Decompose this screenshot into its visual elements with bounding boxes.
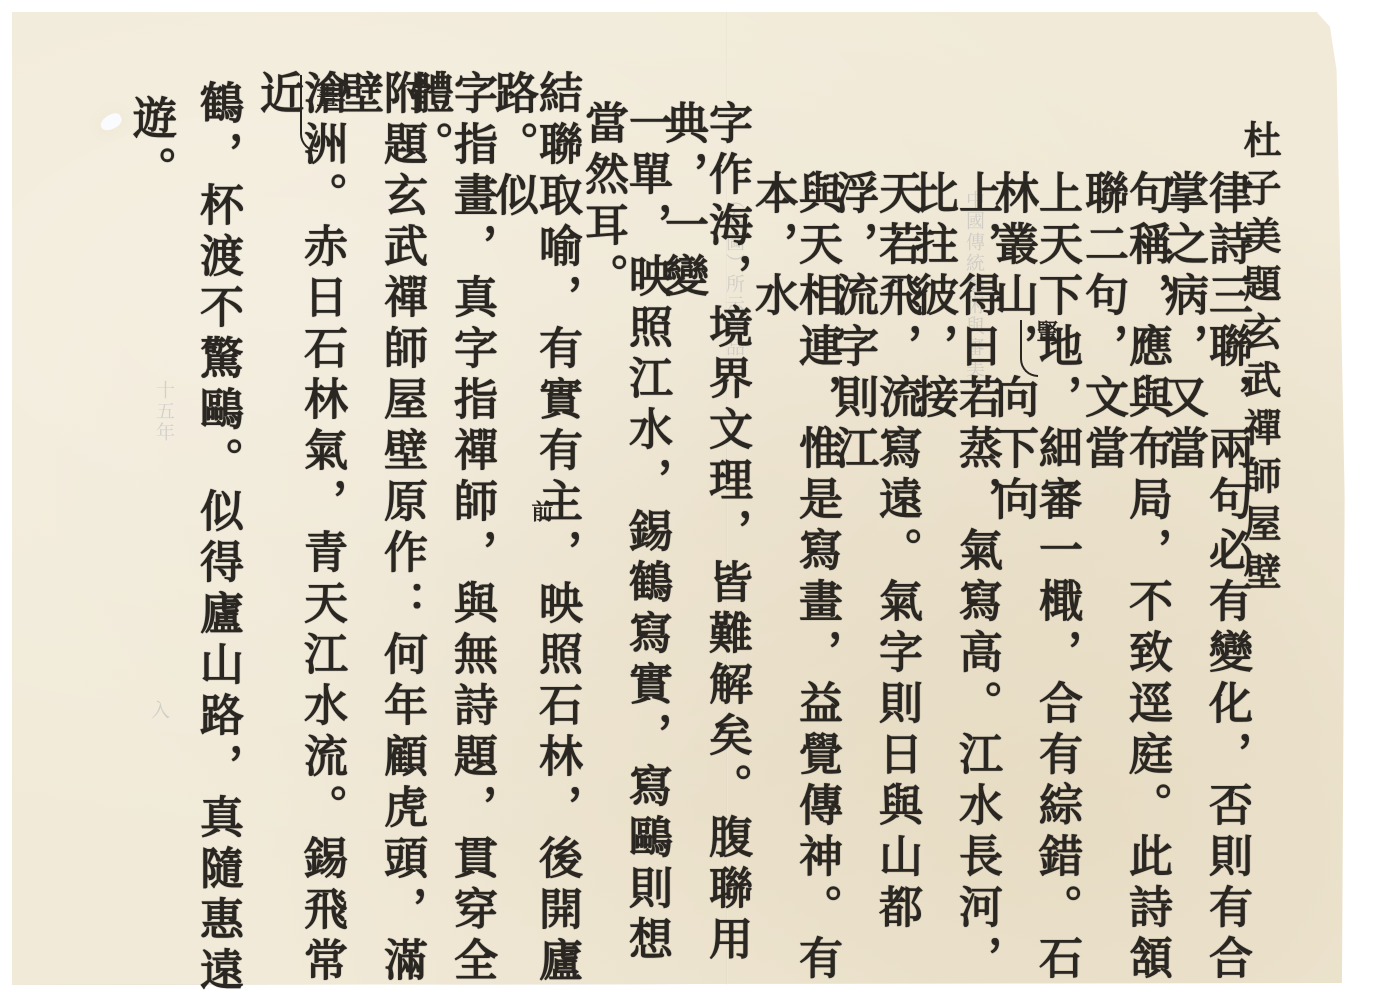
margin-note: 畫 [315,85,337,107]
text-column-5: 天若飛，流寫遠。氣字則日與山都浮，流字則江 [830,170,918,1000]
margin-note-bracket [1020,320,1038,377]
text-column-6: 與天相連，惟是寫畫，益覺傳神。有本，水 [750,170,838,1000]
text-column-9: 結聯取喻，有實有主，映照石林，後開廬路。似 [490,70,578,1000]
text-column-11: 附題玄武禪師屋壁原作：何年顧虎頭，滿壁 [335,70,423,1000]
margin-note-bracket [300,75,318,152]
text-column-1: 律詩三聯，兩句必有變化，否則有合掌之病，又當 [1160,170,1248,1000]
bleed-through-text: 十五年 [150,380,177,443]
text-column-4: 上，得日若蒸，氣寫高。江水長河，比拄彼，接 [910,170,998,1000]
text-column-7: 字作海，境界文理，皆難解矣。腹聯用典，一變 [660,100,748,1000]
bleed-through-text: 入 [145,700,172,721]
text-column-13: 鶴，杯渡不驚鷗。似得廬山路，真隨惠遠 [195,80,239,998]
text-column-2: 句稱，應與布局，不致逕庭。此詩頷聯二句，文當 [1080,170,1168,1000]
text-column-12: 滄洲。赤日石林氣，青天江水流。錫飛常近 [255,70,343,1000]
text-column-14: 遊。 [128,95,172,197]
text-column-8: 一單，映照江水，錫鶴寫實，寫鷗則想當然耳。 [580,100,668,1000]
text-column-3: 上天下地，細審一檝，合有綜錯。石林叢山，向下向 [990,170,1078,1000]
margin-note: 前 [530,500,552,522]
margin-note: 豎 [1035,320,1057,342]
